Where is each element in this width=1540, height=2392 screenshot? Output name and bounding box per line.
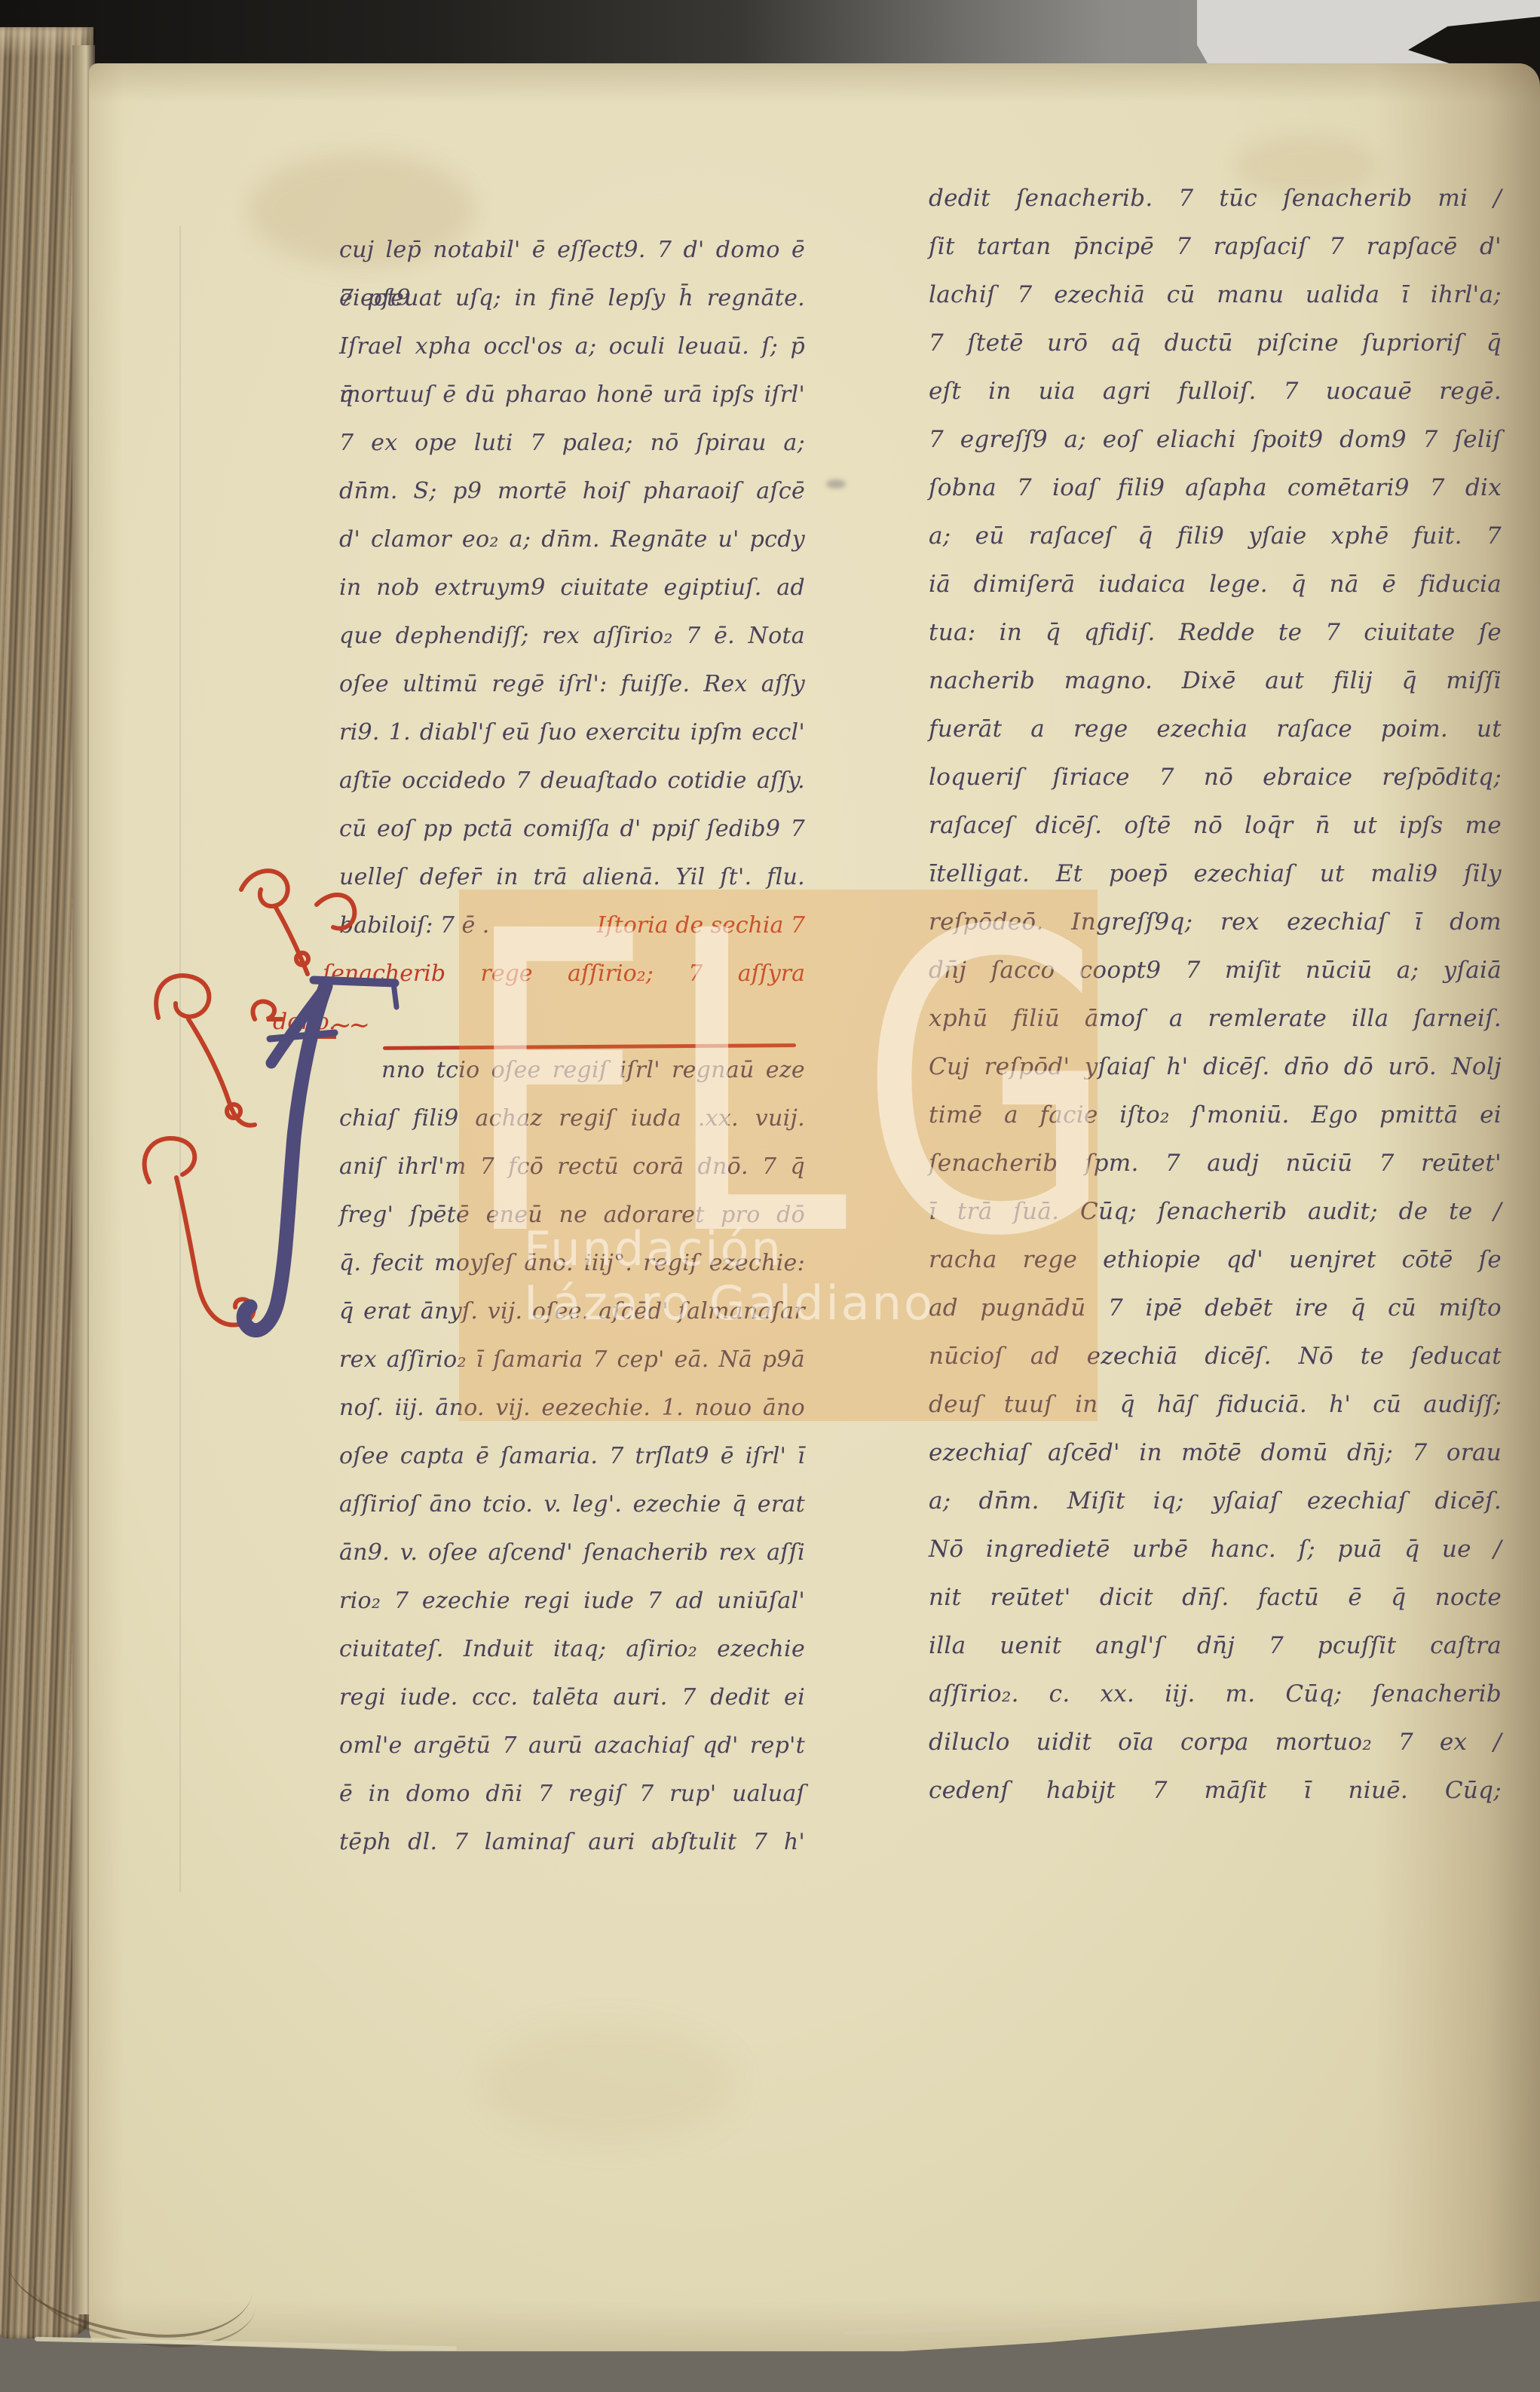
text-line: regi iude. ccc. talēta auri. 7 dedit ei — [339, 1674, 805, 1722]
text-line: ī trā ſuā. Cūq; ſenacherib audit; de te … — [929, 1187, 1502, 1236]
text-line: ſobna 7 ioaſ fili9 aſapha comētari9 7 di… — [929, 464, 1502, 512]
text-line: mortuuſ ē dū pharao honē urā ipſs iſrl' — [339, 371, 805, 419]
text-line: tua: in q̄ qfidiſ. Redde te 7 ciuitate ſ… — [929, 608, 1502, 657]
text-line: ezechiaſ aſcēd' in mōtē domū dn̄j; 7 ora… — [929, 1429, 1502, 1477]
text-line: deuſ tuuſ in q̄ hāſ fiduciā. h' cū audiſ… — [929, 1380, 1502, 1429]
text-line: Cuj reſpōd' yſaiaſ h' dicēſ. dn̄o dō urō… — [929, 1043, 1502, 1091]
text-line: 7 pſeuat uſq; in finē lepſy h̄ regnāte. — [339, 274, 805, 323]
text-line: 7 ſtetē urō aq̄ ductū piſcine ſuprioriſ … — [929, 319, 1502, 367]
text-line: dn̄j ſacco coopt9 7 miſit nūciū a; yſaiā — [929, 946, 1502, 994]
parchment-stain — [481, 2023, 737, 2144]
text-line: dedit ſenacherib. 7 tūc ſenacherib mi / — [929, 174, 1502, 222]
text-line: ri9. 1. diabl'ſ eū ſuo exercitu ipſm ecc… — [339, 709, 805, 757]
text-line: aniſ ihrl'm 7 fcō rectū corā dnō. 7 q̄ — [339, 1143, 805, 1191]
text-line: nacherib magno. Dixē aut filij q̄ miſſi — [929, 657, 1502, 705]
text-line: in nob extruym9 ciuitate egiptiuſ. ad — [339, 564, 805, 612]
text-line: a; eū raſaceſ q̄ fili9 yſaie xphē fuit. … — [929, 512, 1502, 560]
text-line: ad pugnādū 7 ipē debēt ire q̄ cū miſto — [929, 1284, 1502, 1332]
text-line: ſenacherib ſpm. 7 audj nūciū 7 reūtet' — [929, 1139, 1502, 1187]
text-line: timē a facie iſto₂ ſ'moniū. Ego pmittā e… — [929, 1091, 1502, 1139]
text-line: freg' ſpētē eneū ne adoraret pro dō — [339, 1191, 805, 1239]
text-line: rex aſſirio₂ ī ſamaria 7 cep' eā. Nā p9ā — [339, 1336, 805, 1384]
text-line: ſit tartan p̄ncipē 7 rapſaciſ 7 rapſacē … — [929, 222, 1502, 271]
text-line: nūcioſ ad ezechiā dicēſ. Nō te ſeducat — [929, 1332, 1502, 1380]
text-line: loqueriſ ſiriace 7 nō ebraice reſpōditq; — [929, 753, 1502, 801]
text-line: a; dn̄m. Miſit iq; yſaiaſ ezechiaſ dicēſ… — [929, 1477, 1502, 1525]
text-line: fuerāt a rege ezechia raſace poim. ut — [929, 705, 1502, 753]
text-line: cuj lep̄ notabil' ē eſſect9. 7 d' domo ē… — [339, 226, 805, 274]
text-line: dn̄m. S; p9 mortē hoiſ pharaoiſ aſcē — [339, 467, 805, 516]
text-line: q̄ erat ānyſ. vij. oſee. aſcēd' ſalmanaſ… — [339, 1288, 805, 1336]
text-line: 7 egreſſ9 a; eoſ eliachi ſpoit9 dom9 7 ſ… — [929, 415, 1502, 464]
text-line: 7 ex ope luti 7 palea; nō ſpirau a; — [339, 419, 805, 467]
left-column-upper: cuj lep̄ notabil' ē eſſect9. 7 d' domo ē… — [339, 226, 805, 902]
text-line: raſaceſ dicēſ. oſtē nō loq̄r n̄ ut ipſs … — [929, 801, 1502, 850]
text-line: cū eoſ pp pctā comiſſa d' ppiſ ſedib9 7 — [339, 805, 805, 853]
right-column: dedit ſenacherib. 7 tūc ſenacherib mi /ſ… — [929, 174, 1502, 1815]
text-line: cedenſ habijt 7 māſit ī niuē. Cūq; — [929, 1766, 1502, 1815]
text-line: ciuitateſ. Induit itaq; aſirio₂ ezechie — [339, 1625, 805, 1674]
text-line: Iſrael xpha occl'os a; oculi leuaū. ſ; p… — [339, 323, 805, 371]
text-line: iā dimiſerā iudaica lege. q̄ nā ē fiduci… — [929, 560, 1502, 608]
text-line: lachiſ 7 ezechiā cū manu ualida ī ihrl'a… — [929, 271, 1502, 319]
text-line: Nō ingredietē urbē hanc. ſ; puā q̄ ue / — [929, 1525, 1502, 1573]
text-line: noſ. iij. āno. vij. eezechie. 1. nouo ān… — [339, 1384, 805, 1432]
rubric-title-line1: Iſtoria de sechia 7 — [597, 902, 805, 950]
text-line: chiaſ fili9 achaz regiſ iuda .xx. vuij. — [339, 1095, 805, 1143]
text-line: nit reūtet' dicit dn̄ſ. factū ē q̄ nocte — [929, 1573, 1502, 1622]
left-column-lower: nno tcio oſee regiſ iſrl' regnaū eze — [339, 1046, 805, 1095]
text-line: aſtīe occidedo 7 deuaſtado cotidie aſſy. — [339, 757, 805, 805]
text-line: q̄. fecit moyſeſ āno. iiij°. regiſ ezech… — [339, 1239, 805, 1288]
text-line: racha rege ethiopie qd' uenjret cōtē ſe — [929, 1236, 1502, 1284]
text-line: aſſirio₂. c. xx. iij. m. Cūq; ſenacherib — [929, 1670, 1502, 1718]
text-line: oſee capta ē ſamaria. 7 trſlat9 ē iſrl' … — [339, 1432, 805, 1481]
left-column-lower-continued: chiaſ fili9 achaz regiſ iuda .xx. vuij.a… — [339, 1095, 805, 1867]
text-line: eſt in uia agri fulloiſ. 7 uocauē regē. — [929, 367, 1502, 415]
text-line: oml'e argētū 7 aurū azachiaſ qd' rep't — [339, 1722, 805, 1770]
text-line: reſpōdeō. Ingreſſ9q; rex ezechiaſ ī dom — [929, 898, 1502, 946]
text-line: aſſirioſ āno tcio. v. leg'. ezechie q̄ e… — [339, 1481, 805, 1529]
text-line: diluclo uidit oīa corpa mortuo₂ 7 ex / — [929, 1718, 1502, 1766]
text-line: tēph dl. 7 laminaſ auri abſtulit 7 h' — [339, 1818, 805, 1867]
text-line: illa uenit angl'ſ dn̄j 7 pcuſſit caſtra — [929, 1622, 1502, 1670]
text-line: rio₂ 7 ezechie regi iude 7 ad uniūſal' — [339, 1577, 805, 1625]
scanned-manuscript-photo: { "manuscript": { "rubric": { "pre_black… — [0, 0, 1540, 2392]
text-line: que dephendiſſ; rex aſſirio₂ 7 ē. Nota — [339, 612, 805, 660]
text-line: ē in domo dn̄i 7 regiſ 7 rup' ualuaſ — [339, 1770, 805, 1818]
text-line: oſee ultimū regē iſrl': fuiſſe. Rex aſſy — [339, 660, 805, 709]
text-line: ān9. v. oſee aſcend' ſenacherib rex aſſi — [339, 1529, 805, 1577]
text-line: d' clamor eo₂ a; dn̄m. Regnāte u' pcdy — [339, 516, 805, 564]
text-line: ītelligat. Et poep̄ ezechiaſ ut mali9 ſi… — [929, 850, 1502, 898]
text-line: nno tcio oſee regiſ iſrl' regnaū eze — [339, 1046, 805, 1095]
text-line: xphū filiū āmoſ a remlerate illa ſarneiſ… — [929, 994, 1502, 1043]
